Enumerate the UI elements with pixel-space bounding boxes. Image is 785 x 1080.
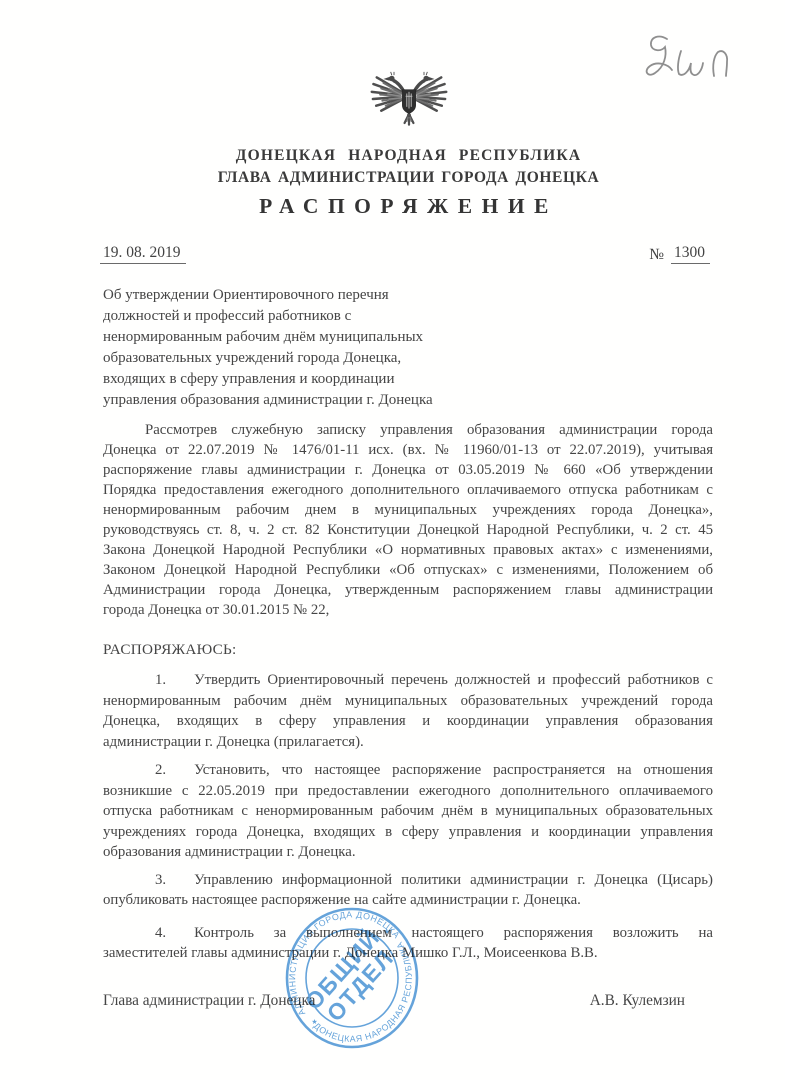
preamble-line: ненормированным рабочим днем в муниципал… [103, 500, 713, 520]
item-number: 3. [155, 872, 166, 888]
document-scan-page: ДОНЕЦКАЯ НАРОДНАЯ РЕСПУБЛИКА ГЛАВА АДМИН… [0, 0, 785, 1080]
preamble: Рассмотрев служебную записку управления … [103, 420, 713, 620]
preamble-line: Администрации города Донецка, утвержденн… [103, 580, 713, 600]
authority-name: ГЛАВА АДМИНИСТРАЦИИ ГОРОДА ДОНЕЦКА [32, 169, 785, 187]
stamp-star-icon: ★ [311, 1018, 317, 1026]
stamp-star-icon: ★ [384, 928, 390, 936]
preamble-line: Закона Донецкой Народной Республики «О н… [103, 540, 713, 560]
preamble-line: распоряжение главы администрации г. Доне… [103, 460, 713, 480]
subject-line: Об утверждении Ориентировочного перечня [103, 285, 785, 306]
subject-line: должностей и профессий работников с [103, 306, 785, 327]
number-sign: № [649, 246, 664, 264]
subject-block: Об утверждении Ориентировочного перечня … [103, 285, 785, 411]
resolution-heading: РАСПОРЯЖАЮСЬ: [103, 641, 713, 659]
preamble-line: Донецка от 22.07.2019 № 1476/01-11 исх. … [103, 440, 713, 460]
item-line: администрации г. Донецка (прилагается). [103, 732, 713, 753]
item-line: ненормированным рабочим днём муниципальн… [103, 691, 713, 712]
item-line: 3.Управлению информационной политики адм… [103, 870, 713, 891]
document-number: № 1300 [649, 244, 710, 264]
preamble-line: Порядка предоставления ежегодного дополн… [103, 480, 713, 500]
subject-line: образовательных учреждений города Донецк… [103, 348, 785, 369]
item-number: 1. [155, 672, 166, 688]
item-line: 1.Утвердить Ориентировочный перечень дол… [103, 670, 713, 691]
item-line: Донецка, входящих в сферу управления и к… [103, 711, 713, 732]
state-name: ДОНЕЦКАЯ НАРОДНАЯ РЕСПУБЛИКА [32, 147, 785, 165]
preamble-line: руководствуясь ст. 8, ч. 2 ст. 82 Консти… [103, 520, 713, 540]
subject-line: управления образования администрации г. … [103, 390, 785, 411]
item-line: учреждениях города Донецка, входящих в с… [103, 822, 713, 843]
item-line: 2.Установить, что настоящее распоряжение… [103, 760, 713, 781]
item-number: 2. [155, 762, 166, 778]
number-value: 1300 [671, 244, 710, 264]
order-item-2: 2.Установить, что настоящее распоряжение… [103, 760, 713, 863]
document-body: Рассмотрев служебную записку управления … [103, 420, 713, 964]
preamble-line: Законом Донецкой Народной Республики «Об… [103, 560, 713, 580]
preamble-line: города Донецка от 30.01.2015 № 22, [103, 600, 713, 620]
subject-line: ненормированным рабочим днём муниципальн… [103, 327, 785, 348]
order-item-1: 1.Утвердить Ориентировочный перечень дол… [103, 670, 713, 752]
item-line: отпуска работникам с ненормированным раб… [103, 801, 713, 822]
handwritten-mark-icon [636, 30, 730, 88]
double-headed-eagle-icon [369, 64, 449, 133]
item-line: возникшие с 22.05.2019 при предоставлени… [103, 781, 713, 802]
signatory-name: А.В. Кулемзин [590, 992, 685, 1010]
preamble-line: Рассмотрев служебную записку управления … [103, 420, 713, 440]
date-number-row: 19. 08. 2019 № 1300 [100, 244, 710, 264]
subject-line: входящих в сферу управления и координаци… [103, 369, 785, 390]
office-stamp: АДМИНИСТРАЦИЯ ГОРОДА ДОНЕЦКА ДОНЕЦКАЯ НА… [281, 903, 423, 1053]
document-type-title: РАСПОРЯЖЕНИЕ [32, 194, 785, 219]
stamp-center-text: ОБЩИЙ ОТДЕЛ [299, 923, 403, 1030]
document-date: 19. 08. 2019 [100, 244, 186, 264]
item-number: 4. [155, 925, 166, 941]
item-line: образования администрации г. Донецка. [103, 842, 713, 863]
